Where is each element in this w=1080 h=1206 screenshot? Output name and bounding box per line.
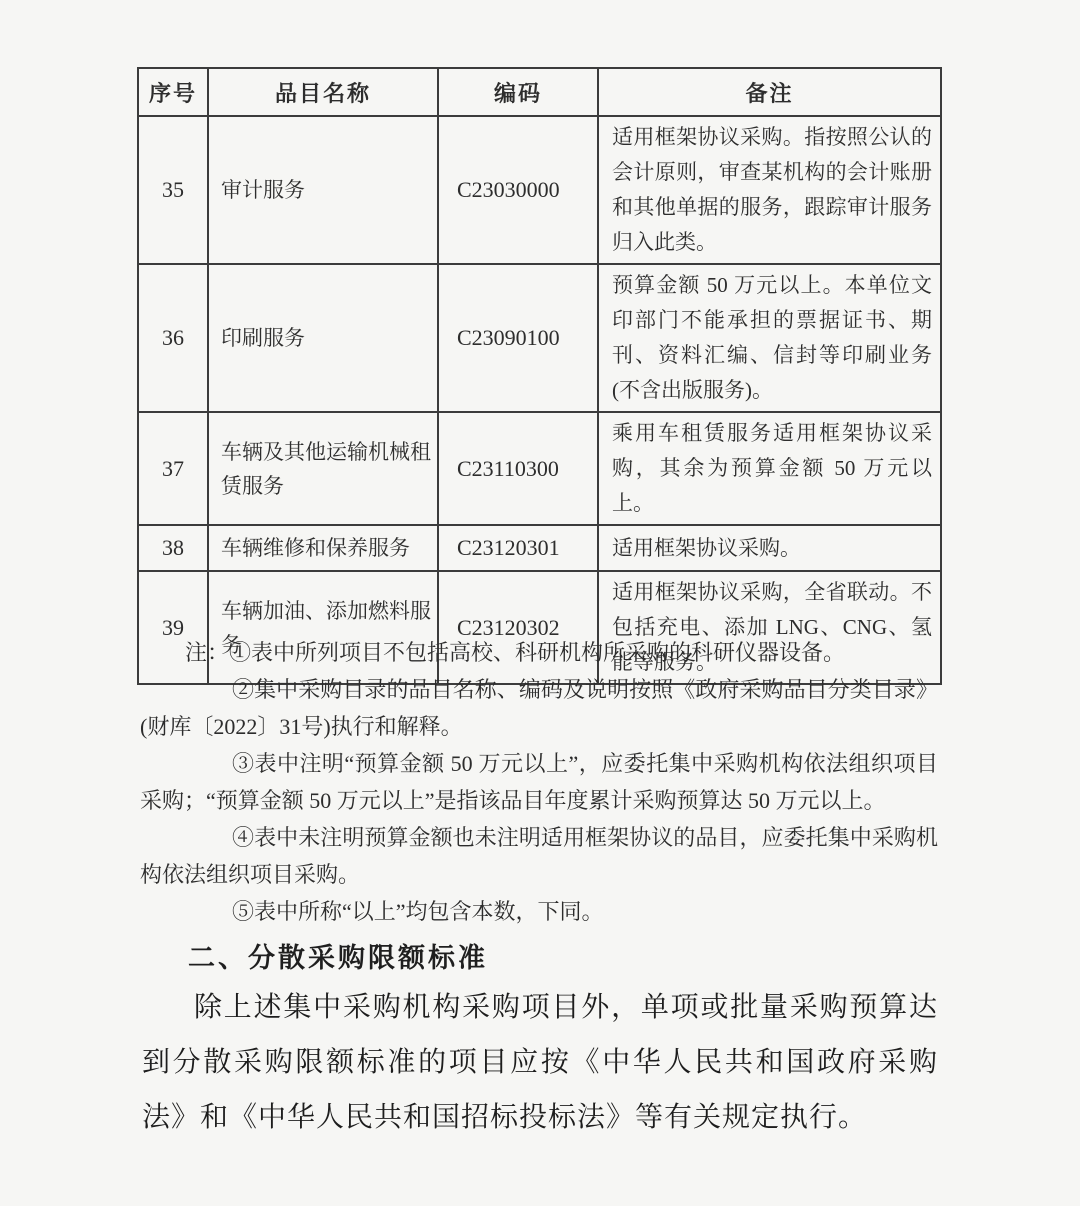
cell-remark: 预算金额 50 万元以上。本单位文印部门不能承担的票据证书、期刊、资料汇编、信封… bbox=[598, 264, 941, 412]
cell-code: C23090100 bbox=[438, 264, 598, 412]
cell-item-name: 印刷服务 bbox=[208, 264, 438, 412]
cell-serial: 37 bbox=[138, 412, 208, 525]
cell-serial: 35 bbox=[138, 116, 208, 264]
section-heading: 二、分散采购限额标准 bbox=[188, 936, 488, 975]
cell-remark: 适用框架协议采购。 bbox=[598, 525, 941, 571]
note-item-4: ④表中未注明预算金额也未注明适用框架协议的品目，应委托集中采购机构依法组织项目采… bbox=[140, 819, 938, 893]
column-header-serial: 序号 bbox=[138, 68, 208, 116]
column-header-code: 编码 bbox=[438, 68, 598, 116]
cell-code: C23030000 bbox=[438, 116, 598, 264]
table-row-37: 37 车辆及其他运输机械租赁服务 C23110300 乘用车租赁服务适用框架协议… bbox=[138, 412, 941, 525]
note-item-5: ⑤表中所称“以上”均包含本数，下同。 bbox=[140, 893, 938, 930]
note-item-3: ③表中注明“预算金额 50 万元以上”，应委托集中采购机构依法组织项目采购；“预… bbox=[140, 745, 938, 819]
cell-remark: 乘用车租赁服务适用框架协议采购，其余为预算金额 50 万元以上。 bbox=[598, 412, 941, 525]
cell-code: C23110300 bbox=[438, 412, 598, 525]
column-header-remark: 备注 bbox=[598, 68, 941, 116]
procurement-table: 序号 品目名称 编码 备注 35 审计服务 C23030000 适用框架协议采购… bbox=[137, 67, 942, 685]
table-row-35: 35 审计服务 C23030000 适用框架协议采购。指按照公认的会计原则，审查… bbox=[138, 116, 941, 264]
cell-item-name: 审计服务 bbox=[208, 116, 438, 264]
table-row-36: 36 印刷服务 C23090100 预算金额 50 万元以上。本单位文印部门不能… bbox=[138, 264, 941, 412]
column-header-item-name: 品目名称 bbox=[208, 68, 438, 116]
cell-serial: 38 bbox=[138, 525, 208, 571]
notes-block: 注：①表中所列项目不包括高校、科研机构所采购的科研仪器设备。 ②集中采购目录的品… bbox=[140, 634, 938, 930]
cell-item-name: 车辆维修和保养服务 bbox=[208, 525, 438, 571]
note-item-1: 注：①表中所列项目不包括高校、科研机构所采购的科研仪器设备。 bbox=[140, 634, 938, 671]
cell-remark: 适用框架协议采购。指按照公认的会计原则，审查某机构的会计账册和其他单据的服务，跟… bbox=[598, 116, 941, 264]
note-text-1: ①表中所列项目不包括高校、科研机构所采购的科研仪器设备。 bbox=[229, 640, 845, 665]
note-item-2: ②集中采购目录的品目名称、编码及说明按照《政府采购品目分类目录》(财库〔2022… bbox=[140, 671, 938, 745]
table-header-row: 序号 品目名称 编码 备注 bbox=[138, 68, 941, 116]
document-page: 序号 品目名称 编码 备注 35 审计服务 C23030000 适用框架协议采购… bbox=[0, 0, 1080, 1206]
body-paragraph: 除上述集中采购机构采购项目外，单项或批量采购预算达到分散采购限额标准的项目应按《… bbox=[142, 980, 938, 1145]
table-row-38: 38 车辆维修和保养服务 C23120301 适用框架协议采购。 bbox=[138, 525, 941, 571]
cell-item-name: 车辆及其他运输机械租赁服务 bbox=[208, 412, 438, 525]
cell-serial: 36 bbox=[138, 264, 208, 412]
cell-code: C23120301 bbox=[438, 525, 598, 571]
notes-label: 注： bbox=[185, 640, 229, 665]
